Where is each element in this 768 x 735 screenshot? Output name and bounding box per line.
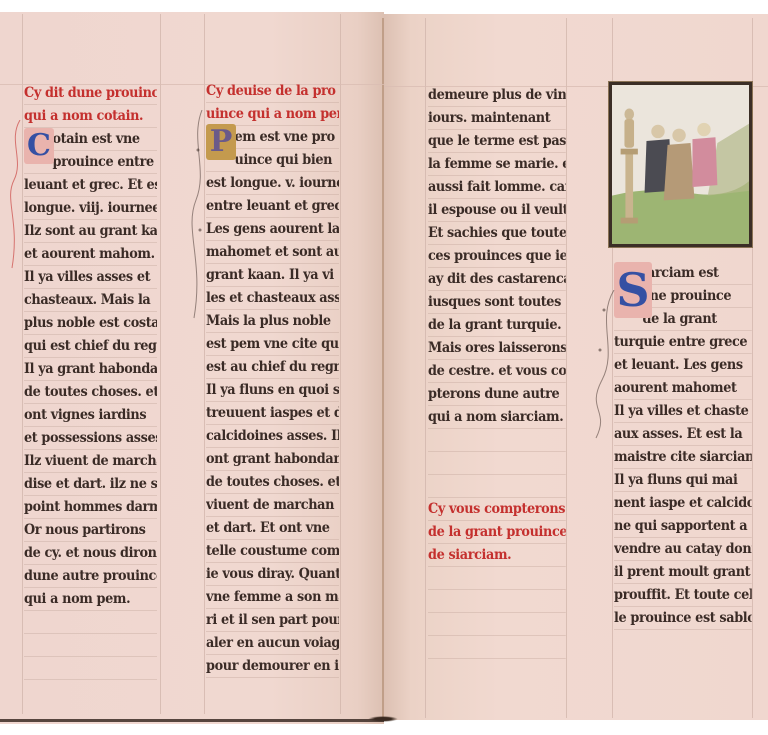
ruling-line <box>425 18 426 718</box>
text-line: ay dit des castarenca <box>428 268 566 291</box>
text-line: il prent moult grant <box>614 561 752 584</box>
faded-line <box>428 429 566 452</box>
rubric-line: de la grant prouince <box>428 521 566 544</box>
text-line: Mais la plus noble <box>206 310 339 333</box>
text-line: mahomet et sont au <box>206 241 339 264</box>
text-line: qui est chief du regne <box>24 335 157 358</box>
penwork-flourish <box>6 120 26 270</box>
rubric-line: Cy dit dune prouince <box>24 82 157 105</box>
text-line: et dart. Et ont vne <box>206 517 339 540</box>
text-line: Les gens aourent la <box>206 218 339 241</box>
text-line: pterons dune autre <box>428 383 566 406</box>
text-line: qui a nom pem. <box>24 588 157 611</box>
miniature-painting <box>609 82 752 247</box>
faded-line <box>428 636 566 659</box>
text-line: ie vous diray. Quant <box>206 563 339 586</box>
text-line: point hommes darmi. <box>24 496 157 519</box>
rubric-line: Cy vous compterons <box>428 498 566 521</box>
text-line: chasteaux. Mais la <box>24 289 157 312</box>
initial-letter-p: P <box>206 124 236 160</box>
text-line: dise et dart. ilz ne sont <box>24 473 157 496</box>
text-line: pour demourer en il <box>206 655 339 678</box>
text-line: et aourent mahom. <box>24 243 157 266</box>
text-line: Ilz sont au grant kaan <box>24 220 157 243</box>
faded-line <box>428 613 566 636</box>
faded-line <box>428 475 566 498</box>
text-line: entre leuant et grece <box>206 195 339 218</box>
text-line: le prouince est sablon <box>614 607 752 630</box>
text-line: les et chasteaux asses <box>206 287 339 310</box>
faded-line <box>428 452 566 475</box>
text-line: ces prouinces que ie vo <box>428 245 566 268</box>
text-line: plus noble est costan <box>24 312 157 335</box>
text-line: de toutes choses. et se <box>206 471 339 494</box>
text-line: que le terme est passe <box>428 130 566 153</box>
cover-edge <box>0 719 384 722</box>
text-line: de cestre. et vous com <box>428 360 566 383</box>
text-line: ont vignes iardins <box>24 404 157 427</box>
idol-worship-scene <box>612 85 749 244</box>
text-line: ont grant habondance <box>206 448 339 471</box>
rubric-line: uince qui a nom pem. <box>206 103 339 126</box>
rubric-line: de siarciam. <box>428 544 566 567</box>
text-line: maistre cite siarciam <box>614 446 752 469</box>
text-line: Or nous partirons <box>24 519 157 542</box>
column-3: demeure plus de vint iours. maintenant q… <box>428 84 573 659</box>
text-line: iours. maintenant <box>428 107 566 130</box>
text-line: est longue. v. iournees <box>206 172 339 195</box>
faded-line <box>24 657 157 680</box>
text-line: est au chief du regne <box>206 356 339 379</box>
text-line: iusques sont toutes <box>428 291 566 314</box>
text-line: et leuant. Les gens <box>614 354 752 377</box>
text-line: de cy. et nous diron <box>24 542 157 565</box>
text-line: et possessions asses. <box>24 427 157 450</box>
initial-letter-c: C <box>24 128 54 164</box>
text-line: ri et il sen part pour <box>206 609 339 632</box>
text-line: de toutes choses. et si <box>24 381 157 404</box>
text-line: Ilz viuent de marcha <box>24 450 157 473</box>
text-line: ne qui sapportent a <box>614 515 752 538</box>
text-line: nent iaspe et calcidoi <box>614 492 752 515</box>
rubric-line: qui a nom cotain. <box>24 105 157 128</box>
text-line: viuent de marchan <box>206 494 339 517</box>
text-line: leuant et grec. Et est <box>24 174 157 197</box>
column-1: Cy dit dune prouince qui a nom cotain. o… <box>24 82 164 680</box>
text-line: Il ya fluns qui mai <box>614 469 752 492</box>
penwork-flourish <box>188 110 210 320</box>
text-line: aler en aucun voiage <box>206 632 339 655</box>
text-line: aux asses. Et est la <box>614 423 752 446</box>
gutter <box>382 18 384 720</box>
faded-line <box>24 634 157 657</box>
text-line: vne femme a son ma <box>206 586 339 609</box>
text-line: dune autre prouince <box>24 565 157 588</box>
text-line: aussi fait lomme. car <box>428 176 566 199</box>
text-line: Il ya fluns en quoi se <box>206 379 339 402</box>
text-line: qui a nom siarciam. <box>428 406 566 429</box>
text-line: Et sachies que toutes <box>428 222 566 245</box>
text-line: longue. viij. iournees. <box>24 197 157 220</box>
text-line: demeure plus de vint <box>428 84 566 107</box>
text-line: Il ya villes asses et <box>24 266 157 289</box>
column-2: Cy deuise de la pro uince qui a nom pem.… <box>206 80 346 678</box>
penwork-flourish <box>592 290 620 440</box>
faded-line <box>428 590 566 613</box>
text-line: treuuent iaspes et de <box>206 402 339 425</box>
manuscript-opening: Cy dit dune prouince qui a nom cotain. o… <box>0 0 768 735</box>
text-line: vendre au catay dont <box>614 538 752 561</box>
text-line: calcidoines asses. Ilz <box>206 425 339 448</box>
text-line: grant kaan. Il ya vi <box>206 264 339 287</box>
faded-line <box>428 567 566 590</box>
text-line: la femme se marie. et <box>428 153 566 176</box>
ruling-line <box>22 14 23 714</box>
text-line: prouffit. Et toute cel <box>614 584 752 607</box>
text-line: turquie entre grece <box>614 331 752 354</box>
text-line: est pem vne cite qui <box>206 333 339 356</box>
text-line: aourent mahomet <box>614 377 752 400</box>
text-line: il espouse ou il veult <box>428 199 566 222</box>
faded-line <box>24 611 157 634</box>
text-line: Il ya villes et chaste <box>614 400 752 423</box>
rubric-line: Cy deuise de la pro <box>206 80 339 103</box>
text-line: Il ya grant habondance <box>24 358 157 381</box>
text-line: Mais ores laisserons <box>428 337 566 360</box>
text-line: de la grant turquie. <box>428 314 566 337</box>
text-line: telle coustume come <box>206 540 339 563</box>
